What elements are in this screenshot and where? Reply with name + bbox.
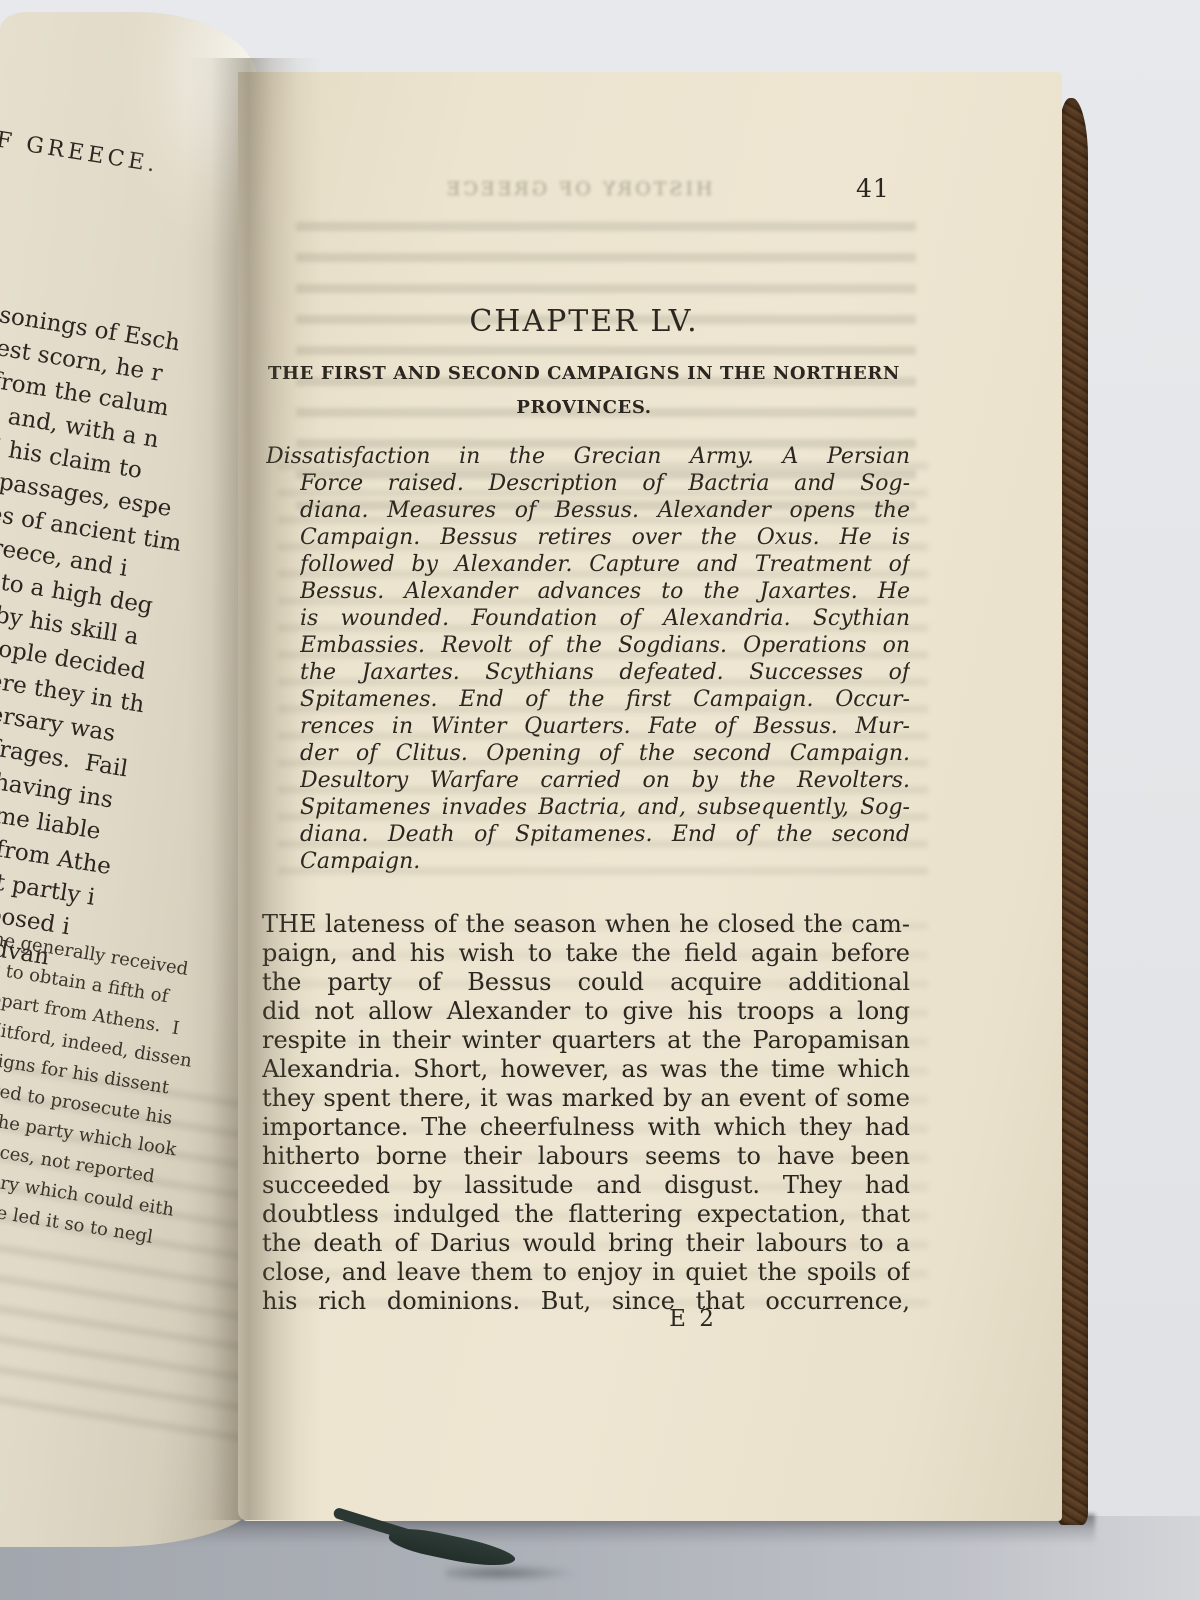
left-page: RY OF GREECE. s and reasonings of Eschth… bbox=[0, 12, 258, 1547]
body-paragraph: THE lateness of the season when he close… bbox=[262, 910, 910, 1316]
summary-line: Embassies. Revolt of the Sogdians. Opera… bbox=[300, 633, 910, 660]
ribbon-shadow bbox=[446, 1564, 576, 1582]
summary-line: Campaign. Bessus retires over the Oxus. … bbox=[300, 525, 910, 552]
chapter-subtitle-line2: PROVINCES. bbox=[248, 397, 920, 418]
summary-line: Desultory Warfare carried on by the Revo… bbox=[300, 768, 910, 795]
body-line: THE lateness of the season when he close… bbox=[262, 910, 910, 939]
body-line: succeeded by lassitude and disgust. They… bbox=[262, 1171, 910, 1200]
summary-line: Force raised. Description of Bactria and… bbox=[300, 471, 910, 498]
photo-of-open-book: RY OF GREECE. s and reasonings of Eschth… bbox=[0, 0, 1200, 1600]
signature-mark: E 2 bbox=[638, 1306, 748, 1332]
summary-line: the Jaxartes. Scythians defeated. Succes… bbox=[300, 660, 910, 687]
book-fore-edge bbox=[1058, 98, 1088, 1525]
body-line: hitherto borne their labours seems to ha… bbox=[262, 1142, 910, 1171]
body-line: his rich dominions. But, since that occu… bbox=[262, 1287, 910, 1316]
show-through-running-header: HISTORY OF GREECE bbox=[428, 178, 728, 200]
summary-line: followed by Alexander. Capture and Treat… bbox=[300, 552, 910, 579]
body-line: close, and leave them to enjoy in quiet … bbox=[262, 1258, 910, 1287]
body-line: paign, and his wish to take the field ag… bbox=[262, 939, 910, 968]
body-line: doubtless indulged the flattering expect… bbox=[262, 1200, 910, 1229]
chapter-subtitle-line1: THE FIRST AND SECOND CAMPAIGNS IN THE NO… bbox=[248, 363, 920, 384]
summary-line: rences in Winter Quarters. Fate of Bessu… bbox=[300, 714, 910, 741]
summary-line: der of Clitus. Opening of the second Cam… bbox=[300, 741, 910, 768]
summary-line: Spitamenes invades Bactria, and, subsequ… bbox=[300, 795, 910, 822]
body-line: the party of Bessus could acquire additi… bbox=[262, 968, 910, 997]
body-line: Alexandria. Short, however, as was the t… bbox=[262, 1055, 910, 1084]
summary-line: Dissatisfaction in the Grecian Army. A P… bbox=[266, 444, 910, 471]
ribbon-bookmark bbox=[326, 1512, 586, 1600]
summary-line: Campaign. bbox=[300, 849, 910, 876]
summary-line: is wounded. Foundation of Alexandria. Sc… bbox=[300, 606, 910, 633]
body-line: they spent there, it was marked by an ev… bbox=[262, 1084, 910, 1113]
right-page: HISTORY OF GREECE 41 CHAPTER LV. THE FIR… bbox=[238, 72, 1062, 1521]
chapter-summary: Dissatisfaction in the Grecian Army. A P… bbox=[266, 444, 910, 876]
body-line: the death of Darius would bring their la… bbox=[262, 1229, 910, 1258]
summary-line: diana. Measures of Bessus. Alexander ope… bbox=[300, 498, 910, 525]
page-number: 41 bbox=[856, 174, 890, 203]
summary-line: diana. Death of Spitamenes. End of the s… bbox=[300, 822, 910, 849]
page-curl-highlight bbox=[90, 12, 258, 257]
summary-line: Spitamenes. End of the first Campaign. O… bbox=[300, 687, 910, 714]
body-line: importance. The cheerfulness with which … bbox=[262, 1113, 910, 1142]
summary-line: Bessus. Alexander advances to the Jaxart… bbox=[300, 579, 910, 606]
body-line: respite in their winter quarters at the … bbox=[262, 1026, 910, 1055]
chapter-heading: CHAPTER LV. bbox=[260, 304, 908, 339]
body-line: did not allow Alexander to give his troo… bbox=[262, 997, 910, 1026]
